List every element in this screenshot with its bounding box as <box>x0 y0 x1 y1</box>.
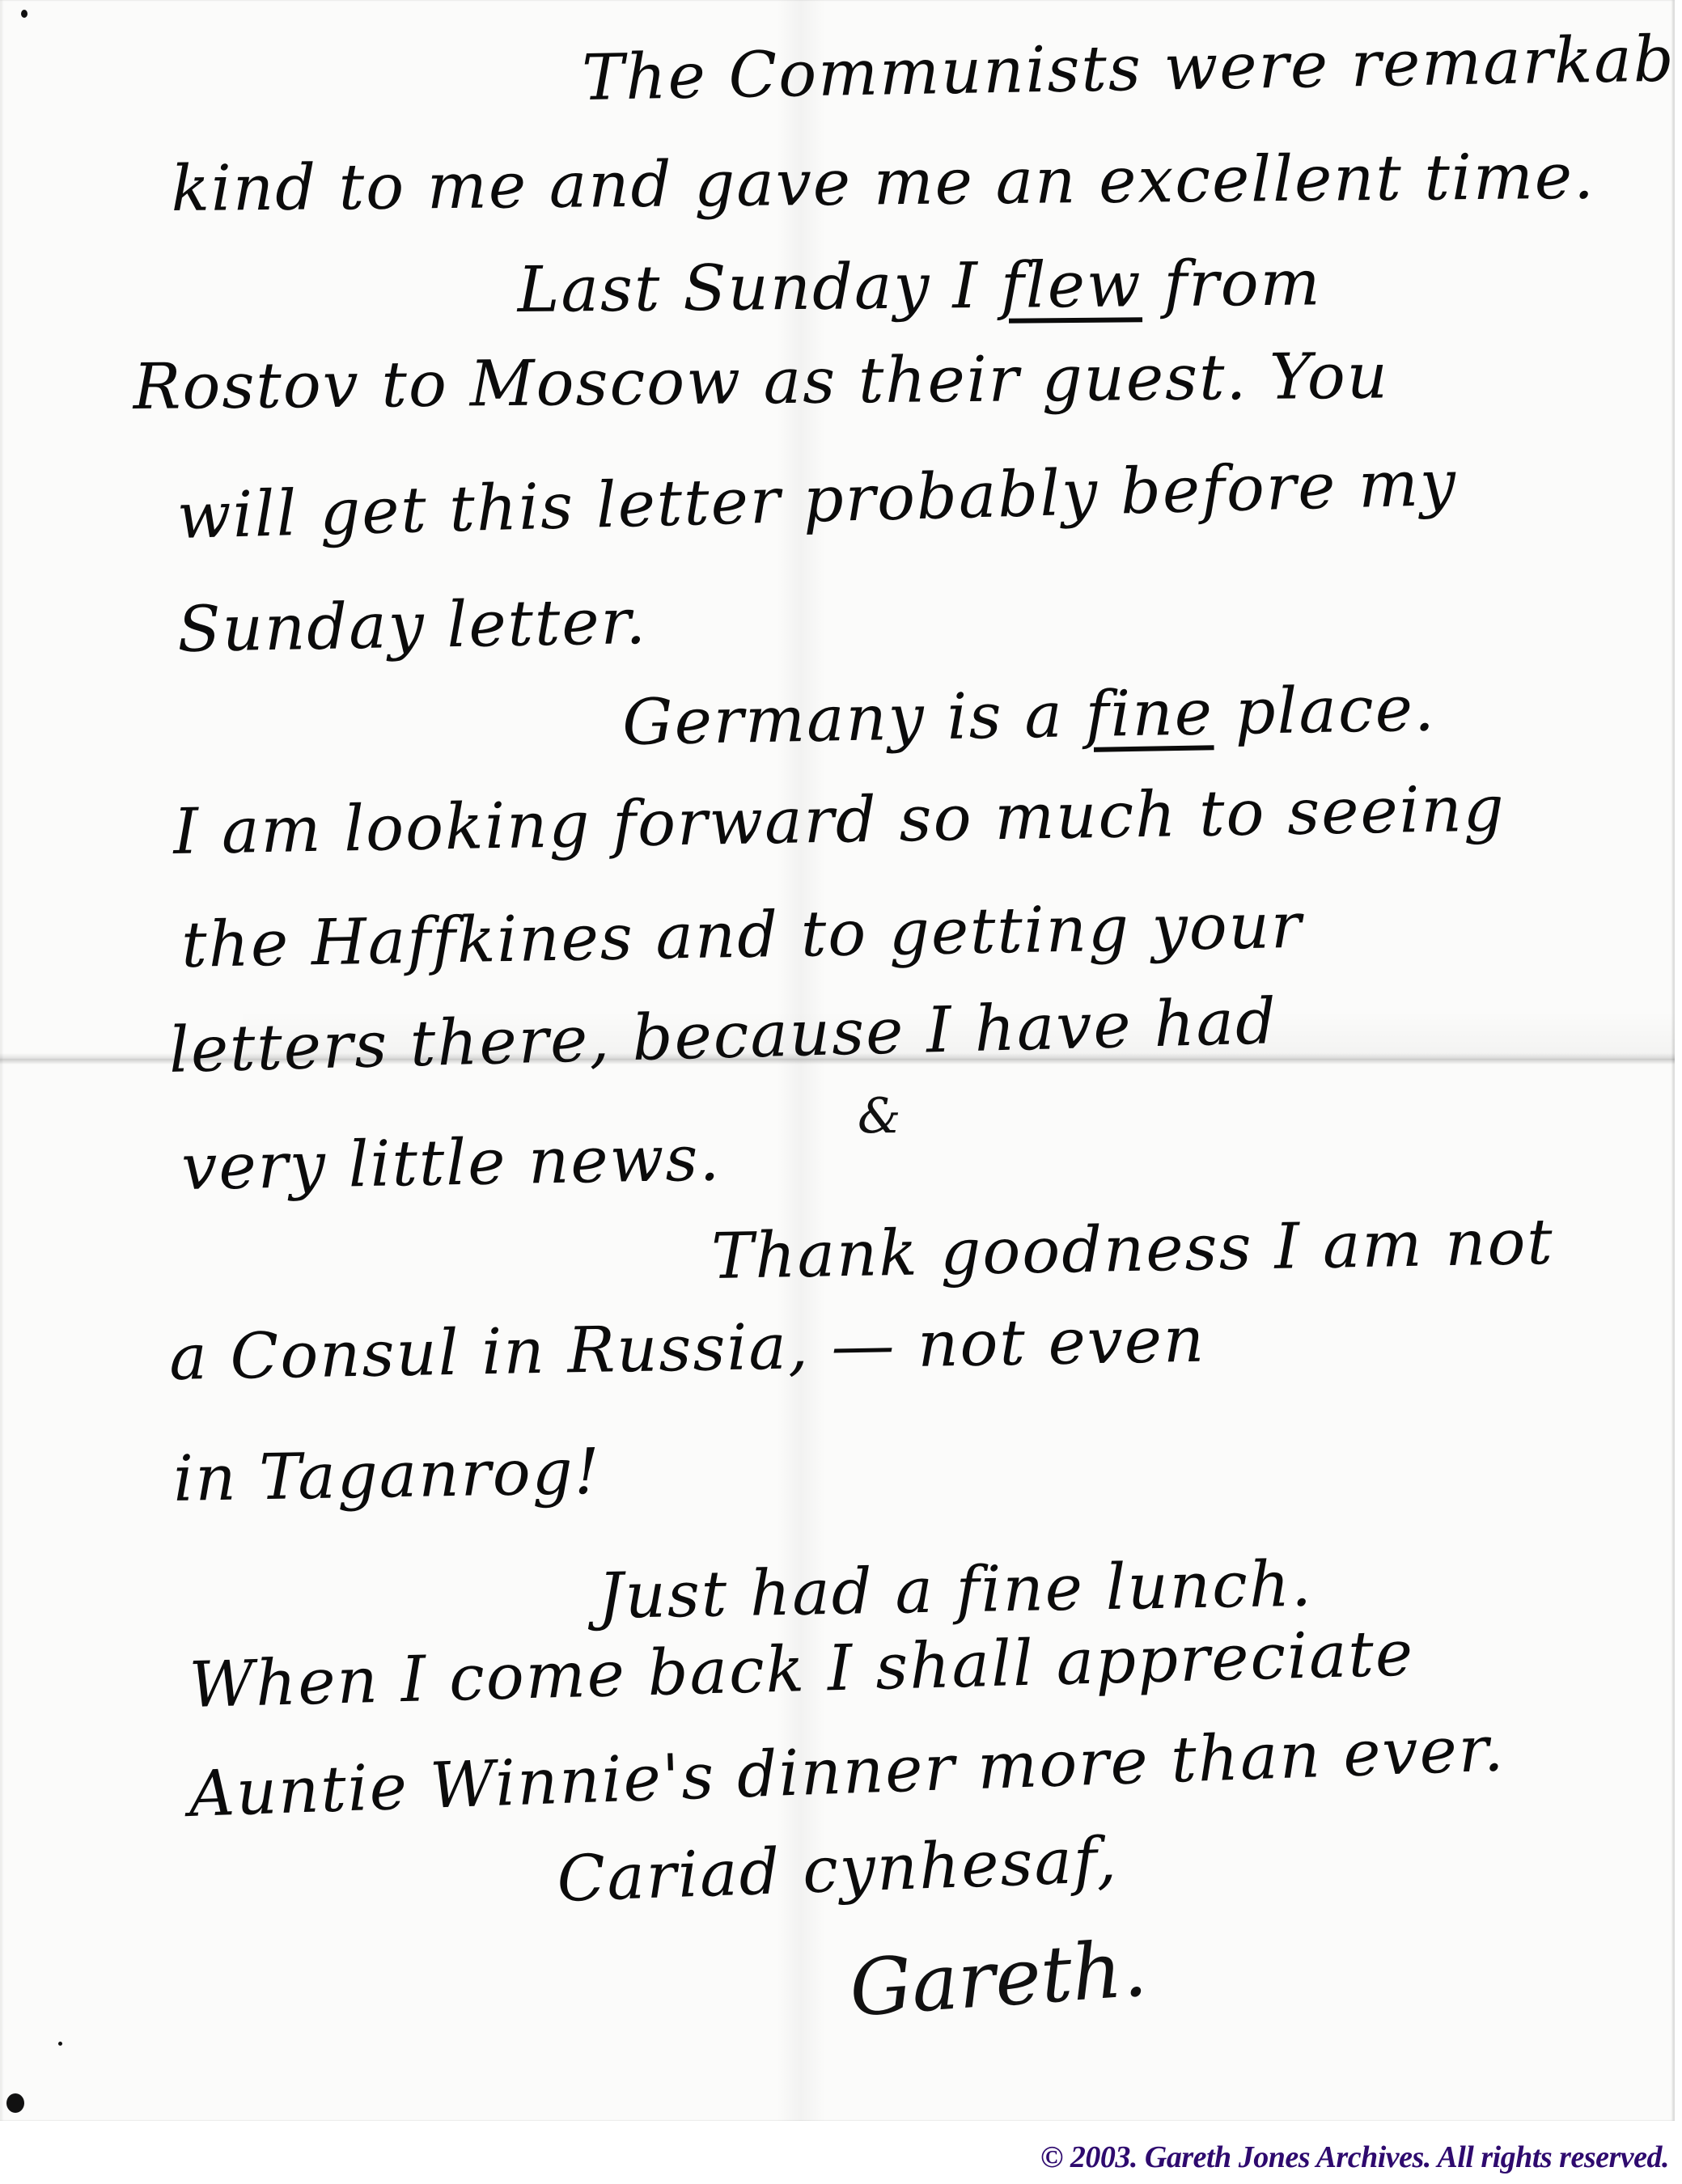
ink-blot <box>6 2093 24 2113</box>
letter-line-12: Thank goodness I am not <box>711 1211 1555 1289</box>
letter-line-10: letters there, because I have had <box>168 990 1278 1082</box>
line-text: Last Sunday I <box>517 250 1001 327</box>
letter-line-13: a Consul in Russia, — not even <box>169 1309 1206 1390</box>
letter-line-1: The Communists were remarkably <box>582 27 1675 110</box>
signature: Gareth. <box>847 1923 1150 2034</box>
margin-scribble-mark: & <box>858 1088 900 1145</box>
letter-line-2: kind to me and gave me an excellent time… <box>171 146 1595 221</box>
letter-line-17: Auntie Winnie's dinner more than ever. <box>188 1717 1506 1826</box>
letter-line-16: When I come back I shall appreciate <box>189 1622 1415 1717</box>
letter-line-15: Just had a fine lunch. <box>598 1553 1314 1628</box>
line-text: place. <box>1213 672 1436 749</box>
line-text: Germany is a <box>622 679 1087 760</box>
copyright-notice: © 2003. Gareth Jones Archives. All right… <box>1040 2140 1669 2175</box>
ink-speck <box>58 2042 62 2046</box>
letter-line-11: very little news. <box>181 1127 722 1200</box>
letter-line-3: Last Sunday I flew from <box>517 252 1322 322</box>
letter-closing: Cariad cynhesaf, <box>556 1829 1119 1911</box>
underlined-word-fine: fine <box>1085 676 1214 751</box>
letter-line-8: I am looking forward so much to seeing <box>173 777 1506 864</box>
ink-speck <box>21 10 28 18</box>
letter-page: The Communists were remarkably kind to m… <box>0 0 1675 2121</box>
letter-line-4: Rostov to Moscow as their guest. You <box>133 345 1389 419</box>
line-text: from <box>1142 247 1322 321</box>
letter-line-14: in Taganrog! <box>173 1441 602 1511</box>
letter-line-6: Sunday letter. <box>177 590 648 662</box>
underlined-word-flew: flew <box>1001 248 1143 323</box>
letter-line-7: Germany is a fine place. <box>622 677 1437 755</box>
letter-line-5: will get this letter probably before my <box>176 452 1458 548</box>
letter-line-9: the Haffkines and to getting your <box>181 895 1303 977</box>
